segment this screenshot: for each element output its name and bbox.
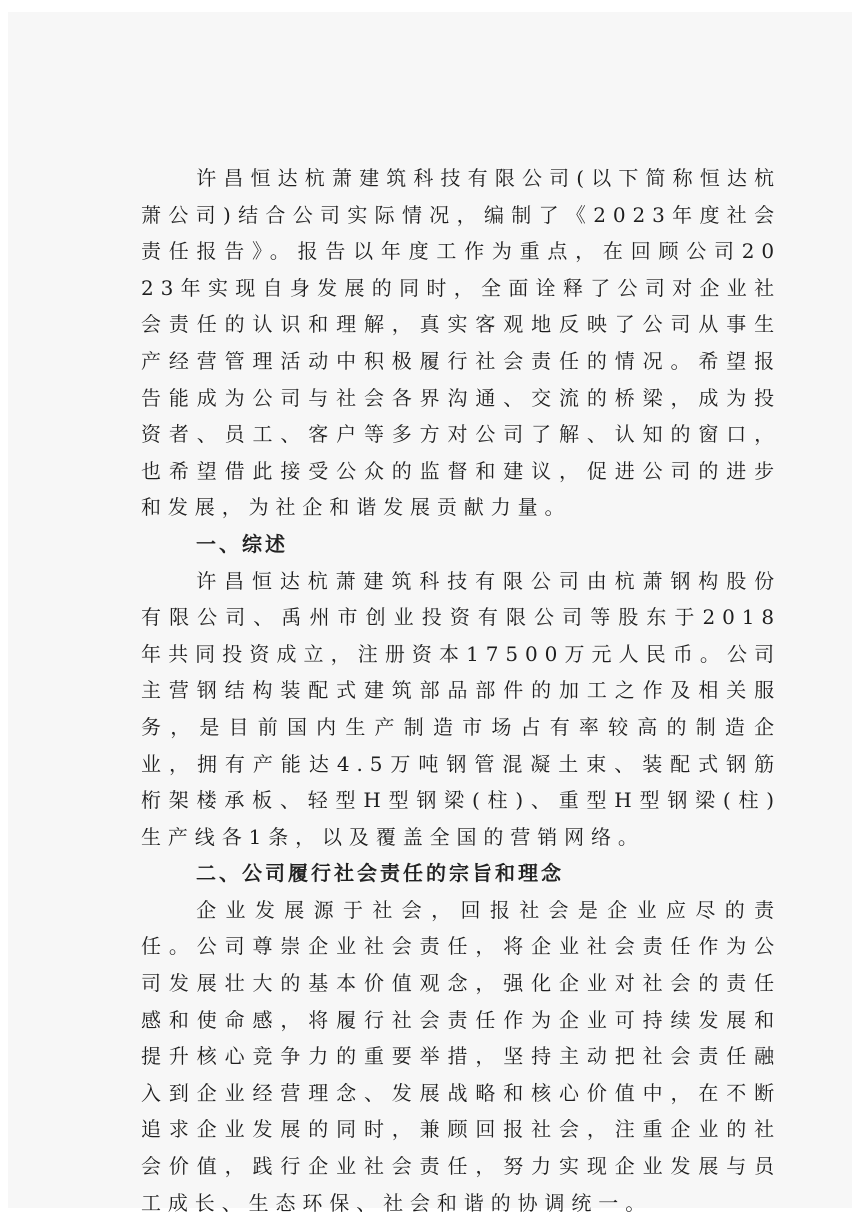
- overview-paragraph: 许昌恒达杭萧建筑科技有限公司由杭萧钢构股份有限公司、禹州市创业投资有限公司等股东…: [141, 563, 781, 856]
- section-heading-purpose-philosophy: 二、公司履行社会责任的宗旨和理念: [141, 855, 781, 892]
- document-body: 许昌恒达杭萧建筑科技有限公司(以下简称恒达杭萧公司)结合公司实际情况，编制了《2…: [141, 160, 781, 1216]
- section-heading-overview: 一、综述: [141, 526, 781, 563]
- purpose-paragraph: 企业发展源于社会，回报社会是企业应尽的责任。公司尊崇企业社会责任，将企业社会责任…: [141, 892, 781, 1216]
- document-page: 许昌恒达杭萧建筑科技有限公司(以下简称恒达杭萧公司)结合公司实际情况，编制了《2…: [8, 12, 852, 1208]
- intro-paragraph: 许昌恒达杭萧建筑科技有限公司(以下简称恒达杭萧公司)结合公司实际情况，编制了《2…: [141, 160, 781, 526]
